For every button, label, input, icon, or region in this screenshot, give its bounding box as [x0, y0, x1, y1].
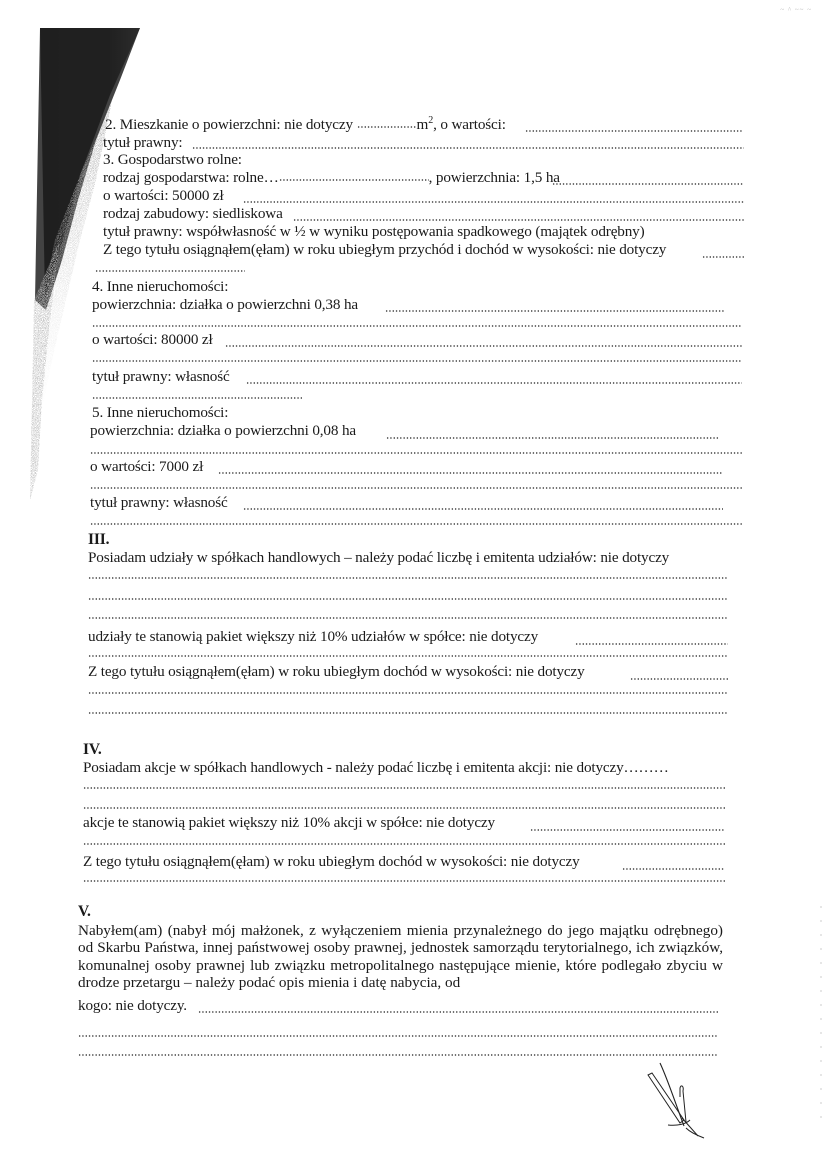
item2-value-label: , o wartości:: [433, 116, 506, 133]
scanned-document-page: ~ ^ ~~ ~ 2. Mieszkanie o powierzchni: ni…: [0, 0, 830, 1173]
item5-value-line: o wartości: 7000 zł: [90, 458, 203, 475]
item3-title-line: tytuł prawny: współwłasność w ½ w wyniku…: [103, 223, 645, 240]
item2-value-dots: [525, 130, 743, 132]
handwritten-signature-icon: [640, 1060, 740, 1140]
section-V-paragraph: Nabyłem(am) (nabył mój małżonek, z wyłąc…: [78, 922, 723, 992]
item2-area-dots: [357, 126, 417, 128]
section-III-blank-line-3: [88, 617, 728, 619]
scan-corner-mark: ~ ^ ~~ ~: [780, 6, 812, 14]
section-V-last-label: kogo: nie dotyczy.: [78, 997, 187, 1014]
section-III-income-label: Z tego tytułu osiągnąłem(ęłam) w roku ub…: [88, 663, 585, 680]
section-IV-package-line: akcje te stanowią pakiet większy niż 10%…: [83, 814, 495, 831]
item3-building-dots: [293, 219, 744, 221]
item4-blank-line-3: [92, 397, 302, 399]
item3-type-label: rodzaj gospodarstwa: rolne…: [103, 169, 279, 186]
section-III-blank-line-5: [88, 692, 728, 694]
section-III-shares-line: Posiadam udziały w spółkach handlowych –…: [88, 549, 669, 566]
item3-value-line: o wartości: 50000 zł: [103, 187, 224, 204]
section-IV-stocks-line: Posiadam akcje w spółkach handlowych - n…: [83, 759, 669, 776]
section-V-heading: V.: [78, 903, 91, 920]
item5-value-label: o wartości: 7000 zł: [90, 458, 203, 475]
section-III-package-label: udziały te stanowią pakiet większy niż 1…: [88, 628, 538, 645]
section-IV-income-label: Z tego tytułu osiągnąłem(ęłam) w roku ub…: [83, 853, 580, 870]
section-V-last-line: kogo: nie dotyczy.: [78, 997, 187, 1014]
item4-area-label: powierzchnia: działka o powierzchni 0,38…: [92, 296, 358, 313]
item2-title-line: tytuł prawny:: [103, 134, 182, 151]
section-III-package-line: udziały te stanowią pakiet większy niż 1…: [88, 628, 538, 645]
item5-title-label: tytuł prawny: własność: [90, 494, 228, 511]
section-IV-blank-line-3: [83, 843, 725, 845]
item4-area-line: powierzchnia: działka o powierzchni 0,38…: [92, 296, 358, 313]
item4-title-label: tytuł prawny: własność: [92, 368, 230, 385]
item5-heading: 5. Inne nieruchomości:: [92, 404, 228, 421]
section-IV-heading: IV.: [83, 741, 102, 758]
section-III-income-dots: [630, 678, 728, 680]
item4-title-dots: [246, 382, 742, 384]
item3-area-dots: [552, 183, 744, 185]
section-III-heading: III.: [88, 531, 109, 548]
item5-blank-line-1: [90, 452, 742, 454]
section-V-blank-line-2: [78, 1054, 718, 1056]
item3-area-label: , powierzchnia: 1,5 ha: [429, 169, 560, 186]
item4-value-label: o wartości: 80000 zł: [92, 331, 213, 348]
item3-heading: 3. Gospodarstwo rolne:: [103, 151, 242, 168]
section-IV-package-label: akcje te stanowią pakiet większy niż 10%…: [83, 814, 495, 831]
item4-blank-line-1: [92, 325, 742, 327]
section-IV-income-dots: [622, 868, 725, 870]
item4-value-line: o wartości: 80000 zł: [92, 331, 213, 348]
item5-area-dots: [386, 437, 719, 439]
section-III-blank-line-1: [88, 577, 728, 579]
section-III-package-dots: [575, 643, 728, 645]
item3-value-dots: [243, 201, 744, 203]
section-V-dots: [198, 1011, 718, 1013]
item4-value-dots: [225, 345, 742, 347]
section-IV-blank-line-2: [83, 807, 725, 809]
section-IV-blank-line-4: [83, 880, 725, 882]
item4-heading: 4. Inne nieruchomości:: [92, 278, 228, 295]
item5-area-line: powierzchnia: działka o powierzchni 0,08…: [90, 422, 356, 439]
item5-title-line: tytuł prawny: własność: [90, 494, 228, 511]
item5-title-dots: [243, 508, 723, 510]
item5-value-dots: [218, 472, 723, 474]
section-IV-income-line: Z tego tytułu osiągnąłem(ęłam) w roku ub…: [83, 853, 580, 870]
section-III-blank-line-4: [88, 655, 728, 657]
scan-edge-specks: [818, 900, 824, 1120]
item3-income-dots: [702, 256, 744, 258]
item4-blank-line-2: [92, 360, 742, 362]
item2-apartment-line: 2. Mieszkanie o powierzchni: nie dotyczy…: [105, 116, 506, 133]
item3-income-dots-2a: [95, 270, 245, 272]
item5-blank-line-2: [90, 487, 742, 489]
item5-area-label: powierzchnia: działka o powierzchni 0,08…: [90, 422, 356, 439]
item2-apartment-label: 2. Mieszkanie o powierzchni: nie dotyczy: [105, 116, 357, 133]
section-IV-package-dots: [530, 829, 725, 831]
item3-type-line: rodzaj gospodarstwa: rolne…, powierzchni…: [103, 169, 560, 186]
item5-blank-line-3: [90, 523, 742, 525]
item3-building-line: rodzaj zabudowy: siedliskowa: [103, 205, 283, 222]
item2-title-dots: [192, 147, 744, 149]
section-III-blank-line-2: [88, 598, 728, 600]
item3-income-label: Z tego tytułu osiągnąłem(ęłam) w roku ub…: [103, 241, 666, 258]
section-IV-blank-line-1: [83, 787, 725, 789]
item3-type-dots: [279, 179, 429, 181]
section-V-blank-line-1: [78, 1035, 718, 1037]
item4-area-dots: [385, 310, 725, 312]
item2-unit: m: [417, 116, 429, 133]
section-III-blank-line-6: [88, 712, 728, 714]
item2-title-label: tytuł prawny:: [103, 134, 182, 151]
item3-income-line: Z tego tytułu osiągnąłem(ęłam) w roku ub…: [103, 241, 666, 258]
item3-value-label: o wartości: 50000 zł: [103, 187, 224, 204]
item3-building-label: rodzaj zabudowy: siedliskowa: [103, 205, 283, 222]
item4-title-line: tytuł prawny: własność: [92, 368, 230, 385]
section-III-income-line: Z tego tytułu osiągnąłem(ęłam) w roku ub…: [88, 663, 585, 680]
